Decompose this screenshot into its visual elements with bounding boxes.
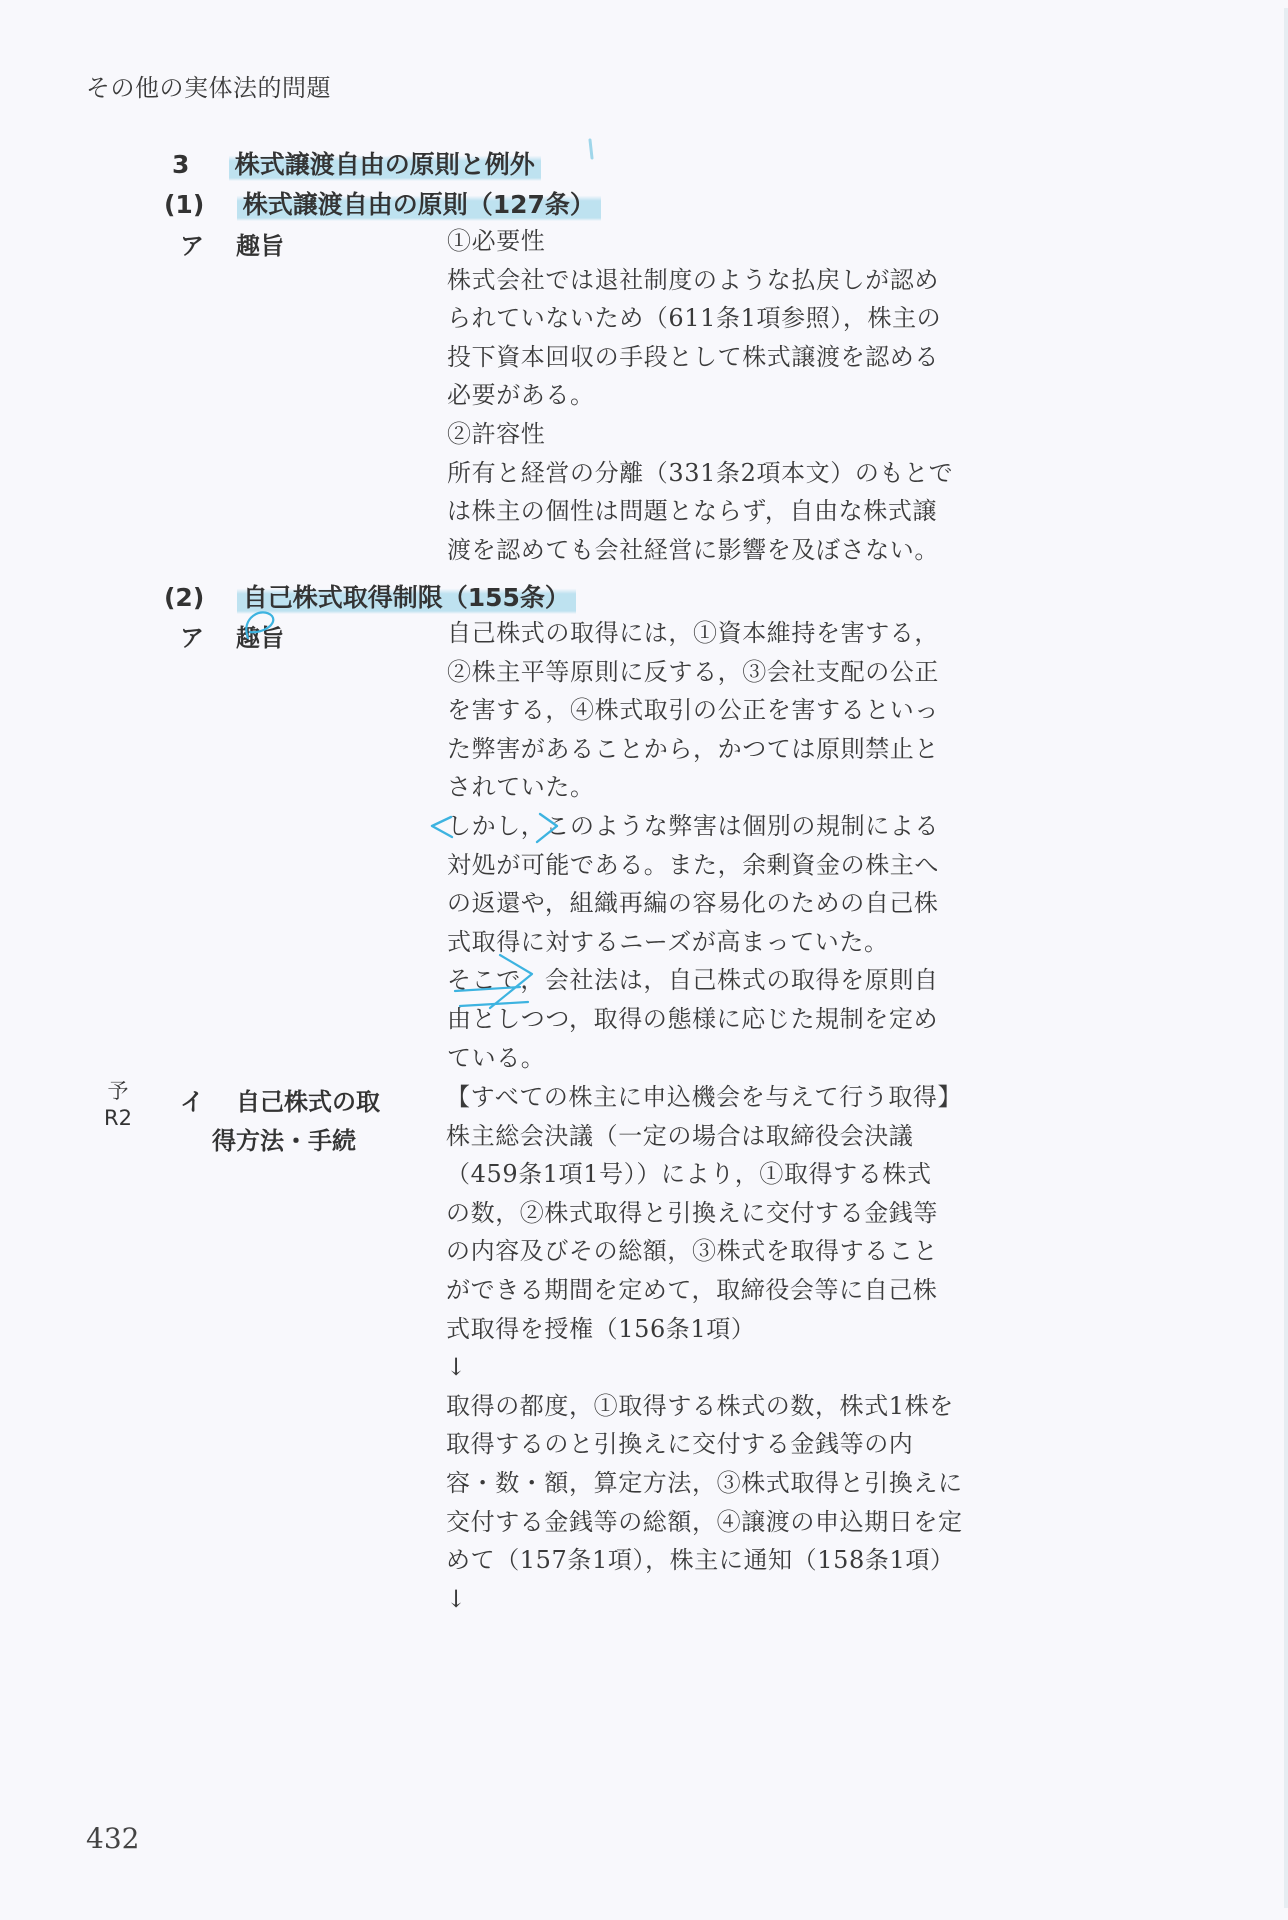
body-line: 由としつつ，取得の態様に応じた規制を定め <box>447 1000 1007 1039</box>
body-line: 交付する金銭等の総額，④譲渡の申込期日を定 <box>446 1503 1006 1542</box>
body-line: 式取得を授権（156条1項） <box>446 1310 1006 1349</box>
body-line: ②許容性 <box>447 415 1007 454</box>
body-line: 所有と経営の分離（331条2項本文）のもとで <box>447 454 1007 493</box>
margin-note-line: 予 <box>104 1078 132 1105</box>
body-line: しかし，このような弊害は個別の規制による <box>447 807 1007 846</box>
marker-tick-icon <box>590 140 592 158</box>
body-line: 取得するのと引換えに交付する金銭等の内 <box>446 1425 1006 1464</box>
page-number: 432 <box>86 1822 139 1855</box>
body-line: られていないため（611条1項参照），株主の <box>447 299 1007 338</box>
body-line: 株主総会決議（一定の場合は取締役会決議 <box>446 1117 1006 1156</box>
body-line: 容・数・額，算定方法，③株式取得と引換えに <box>446 1464 1006 1503</box>
subsection-2-item-i-body: 【すべての株主に申込機会を与えて行う取得】 株主総会決議（一定の場合は取締役会決… <box>446 1078 1006 1618</box>
section-number: 3 <box>172 150 220 179</box>
body-line: の返還や，組織再編の容易化のための自己株 <box>447 884 1007 923</box>
body-line: 自己株式の取得には，①資本維持を害する， <box>447 614 1007 653</box>
body-line: ②株主平等原則に反する，③会社支配の公正 <box>447 653 1007 692</box>
subsection-2-item-i-label: イ自己株式の取 <box>180 1082 380 1117</box>
body-line: の内容及びその総額，③株式を取得すること <box>446 1232 1006 1271</box>
down-arrow-icon: ↓ <box>446 1580 1006 1619</box>
body-line: を害する，④株式取引の公正を害するといっ <box>447 691 1007 730</box>
subsection-2-item-a-label: ア趣旨 <box>180 618 284 653</box>
section-heading: 3 株式譲渡自由の原則と例外 <box>172 145 541 181</box>
body-line: （459条1項1号））により，①取得する株式 <box>446 1155 1006 1194</box>
item-label: 趣旨 <box>236 232 284 260</box>
item-kana: イ <box>180 1082 236 1117</box>
subsection-2-title: 自己株式取得制限（155条） <box>237 583 576 614</box>
subsection-1-item-a-label: ア趣旨 <box>180 226 284 261</box>
subsection-1-title: 株式譲渡自由の原則（127条） <box>237 190 601 221</box>
margin-note-line: R2 <box>104 1105 132 1132</box>
body-line: た弊害があることから，かつては原則禁止と <box>447 730 1007 769</box>
margin-note-exam-reference: 予 R2 <box>104 1078 132 1132</box>
down-arrow-icon: ↓ <box>446 1348 1006 1387</box>
running-head: その他の実体法的問題 <box>86 68 331 103</box>
item-label: 趣旨 <box>236 624 284 652</box>
item-label-line-1: 自己株式の取 <box>236 1088 380 1116</box>
body-line: 【すべての株主に申込機会を与えて行う取得】 <box>446 1078 1006 1117</box>
item-label-line-2: 得方法・手続 <box>212 1127 356 1155</box>
subsection-2-number: (2) <box>164 583 228 612</box>
subsection-1-item-a-body: ①必要性 株式会社では退社制度のような払戻しが認め られていないため（611条1… <box>447 222 1007 569</box>
body-line: は株主の個性は問題とならず，自由な株式譲 <box>447 492 1007 531</box>
item-kana: ア <box>180 226 236 261</box>
page-edge <box>1284 8 1288 1908</box>
subsection-1-number: (1) <box>164 190 228 219</box>
body-line: 対処が可能である。また，余剰資金の株主へ <box>447 846 1007 885</box>
body-line: されていた。 <box>447 768 1007 807</box>
body-line: 式取得に対するニーズが高まっていた。 <box>447 923 1007 962</box>
body-line: ①必要性 <box>447 222 1007 261</box>
body-line: 渡を認めても会社経営に影響を及ぼさない。 <box>447 531 1007 570</box>
body-line: ている。 <box>447 1039 1007 1078</box>
subsection-2-item-a-body: 自己株式の取得には，①資本維持を害する， ②株主平等原則に反する，③会社支配の公… <box>447 614 1007 1077</box>
section-title: 株式譲渡自由の原則と例外 <box>229 150 541 181</box>
item-kana: ア <box>180 618 236 653</box>
body-line: めて（157条1項），株主に通知（158条1項） <box>446 1541 1006 1580</box>
subsection-2-item-i-label-cont: 得方法・手続 <box>212 1121 356 1156</box>
body-line: 取得の都度，①取得する株式の数，株式1株を <box>446 1387 1006 1426</box>
body-line: 株式会社では退社制度のような払戻しが認め <box>447 261 1007 300</box>
subsection-2-heading: (2) 自己株式取得制限（155条） <box>164 578 576 614</box>
body-line: ができる期間を定めて，取締役会等に自己株 <box>446 1271 1006 1310</box>
body-line: 必要がある。 <box>447 376 1007 415</box>
body-line: そこで，会社法は，自己株式の取得を原則自 <box>447 961 1007 1000</box>
body-line: 投下資本回収の手段として株式譲渡を認める <box>447 338 1007 377</box>
subsection-1-heading: (1) 株式譲渡自由の原則（127条） <box>164 185 601 221</box>
body-line: の数，②株式取得と引換えに交付する金銭等 <box>446 1194 1006 1233</box>
book-page: その他の実体法的問題 3 株式譲渡自由の原則と例外 (1) 株式譲渡自由の原則（… <box>0 0 1288 1920</box>
